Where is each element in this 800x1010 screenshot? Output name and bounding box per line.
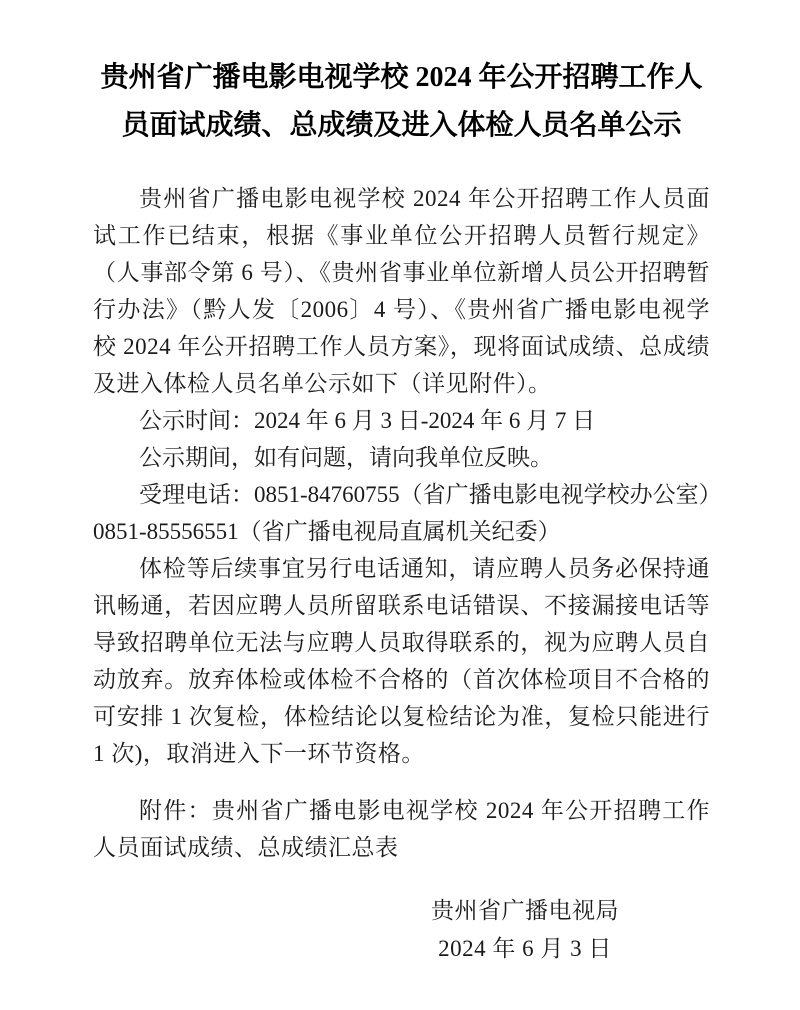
hotline-line-2: 0851-85556551（省广播电视局直属机关纪委） [93,513,710,550]
announcement-document-page: 贵州省广播电影电视学校 2024 年公开招聘工作人 员面试成绩、总成绩及进入体检… [0,0,800,1010]
signature-org: 贵州省广播电视局 [390,892,660,930]
document-title-line-1: 贵州省广播电影电视学校 2024 年公开招聘工作人 [93,54,710,102]
attachment-line: 附件：贵州省广播电影电视学校 2024 年公开招聘工作人员面试成绩、总成绩汇总表 [93,792,710,866]
publicity-time-line: 公示时间：2024 年 6 月 3 日-2024 年 6 月 7 日 [93,402,710,439]
document-title-line-2: 员面试成绩、总成绩及进入体检人员名单公示 [93,102,710,150]
intro-paragraph: 贵州省广播电影电视学校 2024 年公开招聘工作人员面试工作已结束，根据《事业单… [93,180,710,402]
medical-notice-paragraph: 体检等后续事宜另行电话通知，请应聘人员务必保持通讯畅通，若因应聘人员所留联系电话… [93,550,710,772]
signature-date: 2024 年 6 月 3 日 [390,930,660,968]
publicity-feedback-line: 公示期间，如有问题，请向我单位反映。 [93,439,710,476]
document-title: 贵州省广播电影电视学校 2024 年公开招聘工作人 员面试成绩、总成绩及进入体检… [93,54,710,150]
hotline-line-1: 受理电话：0851-84760755（省广播电影电视学校办公室） [93,476,710,513]
signature-block: 贵州省广播电视局 2024 年 6 月 3 日 [390,892,660,968]
